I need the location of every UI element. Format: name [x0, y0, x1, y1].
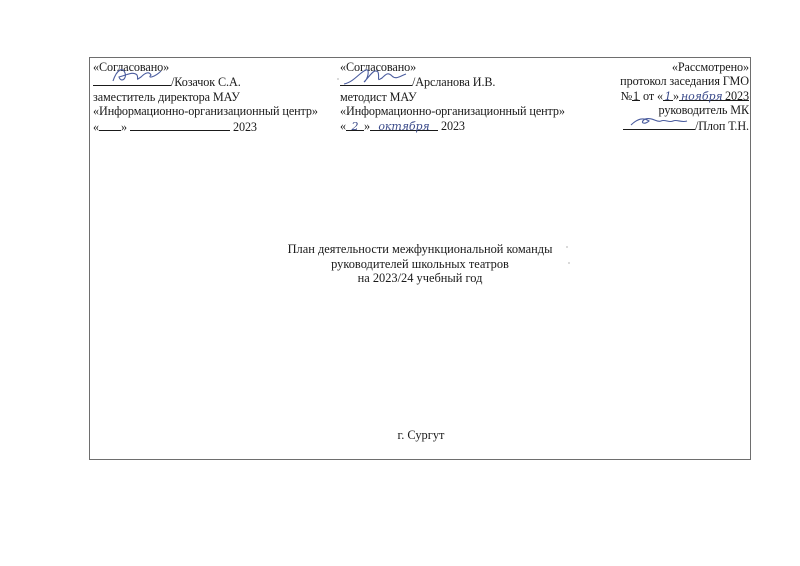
scan-speck: [337, 78, 339, 80]
date-close-quote: »: [121, 120, 127, 134]
approval-block-kozachok: «Согласовано» /Козачок С.А. заместитель …: [93, 60, 318, 134]
handwritten-day: 1: [665, 90, 672, 103]
protocol-number-date: № 1 от «1»ноября2023: [620, 89, 749, 103]
signer-name: /Плоп Т.Н.: [695, 119, 749, 133]
date-month-blank: октября: [370, 119, 438, 131]
date-day-blank: 2: [346, 119, 364, 131]
signature-underline: [623, 118, 695, 130]
city-label: г. Сургут: [0, 428, 800, 443]
title-line-3: на 2023/24 учебный год: [0, 271, 800, 286]
signature-underline: [340, 74, 412, 86]
organization-name: «Информационно-организационный центр»: [93, 104, 318, 118]
signer-name: /Козачок С.А.: [171, 75, 241, 89]
approval-date: «» 2023: [93, 119, 318, 134]
signer-position: заместитель директора МАУ: [93, 90, 318, 104]
protocol-day-blank: 1: [663, 89, 673, 101]
signer-name: /Арсланова И.В.: [412, 75, 495, 89]
scan-speck: [566, 246, 568, 248]
handwritten-day: 2: [352, 120, 359, 133]
date-day-blank: [99, 119, 121, 131]
review-block-plop: «Рассмотрено» протокол заседания ГМО № 1…: [620, 60, 749, 133]
approval-heading: «Согласовано»: [340, 60, 565, 74]
approval-heading: «Согласовано»: [93, 60, 318, 74]
organization-name: «Информационно-организационный центр»: [340, 104, 565, 118]
protocol-from: от «: [643, 89, 663, 103]
approval-date: «2»октября 2023: [340, 119, 565, 133]
signer-position: руководитель МК: [620, 103, 749, 117]
signature-line: /Арсланова И.В.: [340, 74, 565, 89]
scan-speck: [568, 262, 570, 264]
date-year: 2023: [725, 89, 749, 103]
signer-position: методист МАУ: [340, 90, 565, 104]
protocol-line: протокол заседания ГМО: [620, 74, 749, 88]
number-sign: №: [621, 89, 633, 103]
document-title: План деятельности межфункциональной кома…: [0, 242, 800, 286]
protocol-month-blank: ноября2023: [679, 89, 749, 101]
date-year: 2023: [233, 120, 257, 134]
title-line-2: руководителей школьных театров: [0, 257, 800, 272]
signature-underline: [93, 74, 171, 86]
review-heading: «Рассмотрено»: [620, 60, 749, 74]
handwritten-month: ноября: [681, 90, 723, 103]
date-month-blank: [130, 119, 230, 131]
protocol-number-blank: 1: [632, 89, 640, 101]
title-line-1: План деятельности межфункциональной кома…: [0, 242, 800, 257]
signature-line: /Козачок С.А.: [93, 74, 318, 89]
date-year: 2023: [441, 119, 465, 133]
signature-line: /Плоп Т.Н.: [620, 118, 749, 133]
approval-block-arslanova: «Согласовано» /Арсланова И.В. методист М…: [340, 60, 565, 133]
handwritten-month: октября: [378, 120, 429, 133]
